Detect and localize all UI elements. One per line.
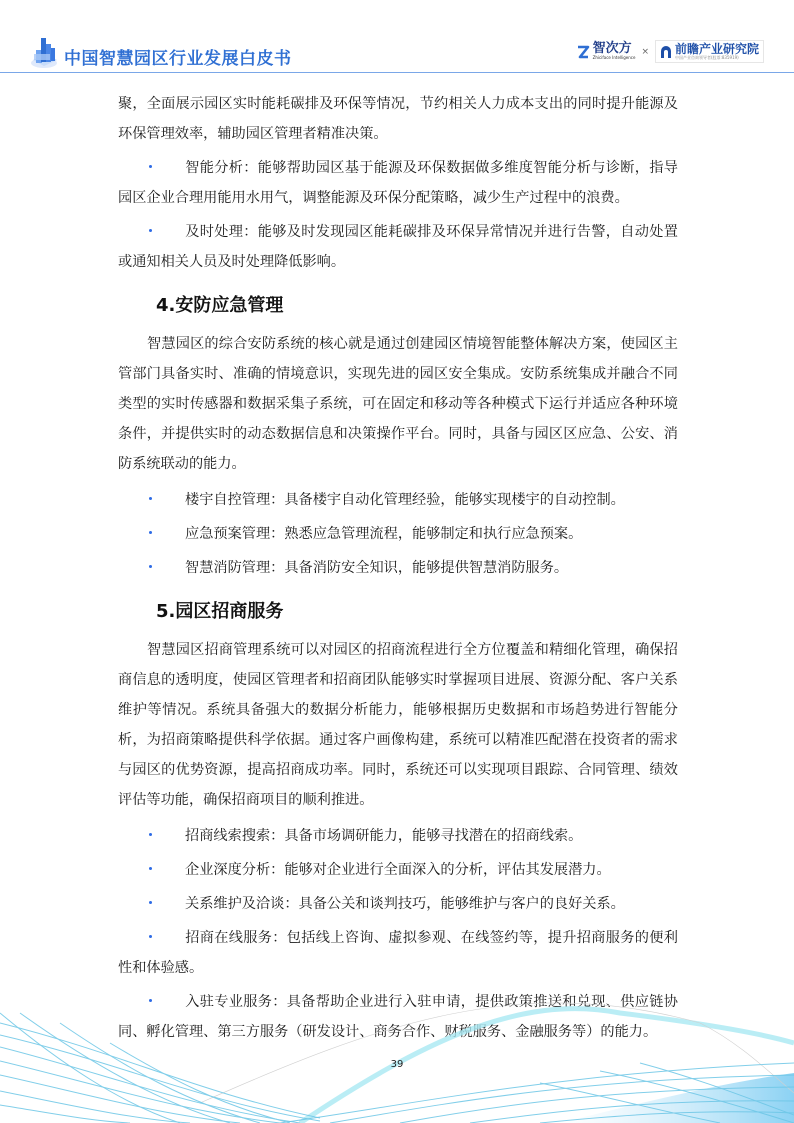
page-content: 聚，全面展示园区实时能耗碳排及环保等情况，节约相关人力成本支出的同时提升能源及环…: [118, 89, 678, 1047]
bullet-item: 智能分析：能够帮助园区基于能源及环保数据做多维度智能分析与诊断，指导园区企业合理…: [118, 153, 678, 213]
bullet-item: 企业深度分析：能够对企业进行全面深入的分析，评估其发展潜力。: [118, 855, 678, 885]
section-heading: 4.安防应急管理: [156, 293, 678, 319]
header-divider: [0, 72, 794, 73]
qianzhan-name: 前瞻产业研究院: [675, 43, 759, 55]
page-number: 39: [0, 1059, 794, 1070]
section-heading: 5.园区招商服务: [156, 599, 678, 625]
zhicifang-z-icon: [576, 45, 590, 59]
qianzhan-arch-icon: [660, 45, 672, 59]
zhicifang-name: 智次方: [593, 43, 636, 55]
bullet-dot-icon: [149, 229, 152, 232]
bullet-dot-icon: [149, 867, 152, 870]
paragraph-continuation: 聚，全面展示园区实时能耗碳排及环保等情况，节约相关人力成本支出的同时提升能源及环…: [118, 89, 678, 149]
bullet-dot-icon: [149, 565, 152, 568]
bullet-dot-icon: [149, 935, 152, 938]
zhicifang-logo: 智次方 Zhiciface Intelligence: [576, 43, 636, 60]
bullet-item: 招商线索搜索：具备市场调研能力，能够寻找潜在的招商线索。: [118, 821, 678, 851]
bullet-item: 招商在线服务：包括线上咨询、虚拟参观、在线签约等，提升招商服务的便利性和体验感。: [118, 923, 678, 983]
page-header: 中国智慧园区行业发展白皮书 智次方 Zhiciface Intelligence…: [0, 0, 794, 74]
bullet-dot-icon: [149, 497, 152, 500]
partner-logos: 智次方 Zhiciface Intelligence × 前瞻产业研究院 中国产…: [576, 40, 764, 63]
qianzhan-logo: 前瞻产业研究院 中国产业咨询领导者(股票:835919): [655, 40, 764, 63]
decorative-wave-footer: [0, 983, 794, 1123]
document-title: 中国智慧园区行业发展白皮书: [64, 44, 292, 69]
zhicifang-subtitle: Zhiciface Intelligence: [593, 55, 636, 60]
bullet-item: 应急预案管理：熟悉应急管理流程，能够制定和执行应急预案。: [118, 519, 678, 549]
building-chart-logo-icon: [30, 30, 60, 70]
bullet-dot-icon: [149, 531, 152, 534]
bullet-dot-icon: [149, 165, 152, 168]
bullet-dot-icon: [149, 833, 152, 836]
section-paragraph: 智慧园区的综合安防系统的核心就是通过创建园区情境智能整体解决方案，使园区主管部门…: [118, 329, 678, 479]
partner-separator: ×: [641, 47, 649, 57]
bullet-item: 及时处理：能够及时发现园区能耗碳排及环保异常情况并进行告警，自动处置或通知相关人…: [118, 217, 678, 277]
bullet-item: 楼宇自控管理：具备楼宇自动化管理经验，能够实现楼宇的自动控制。: [118, 485, 678, 515]
bullet-item: 关系维护及洽谈：具备公关和谈判技巧，能够维护与客户的良好关系。: [118, 889, 678, 919]
bullet-dot-icon: [149, 901, 152, 904]
brand: 中国智慧园区行业发展白皮书: [30, 30, 292, 70]
bullet-item: 智慧消防管理：具备消防安全知识，能够提供智慧消防服务。: [118, 553, 678, 583]
section-paragraph: 智慧园区招商管理系统可以对园区的招商流程进行全方位覆盖和精细化管理，确保招商信息…: [118, 635, 678, 815]
